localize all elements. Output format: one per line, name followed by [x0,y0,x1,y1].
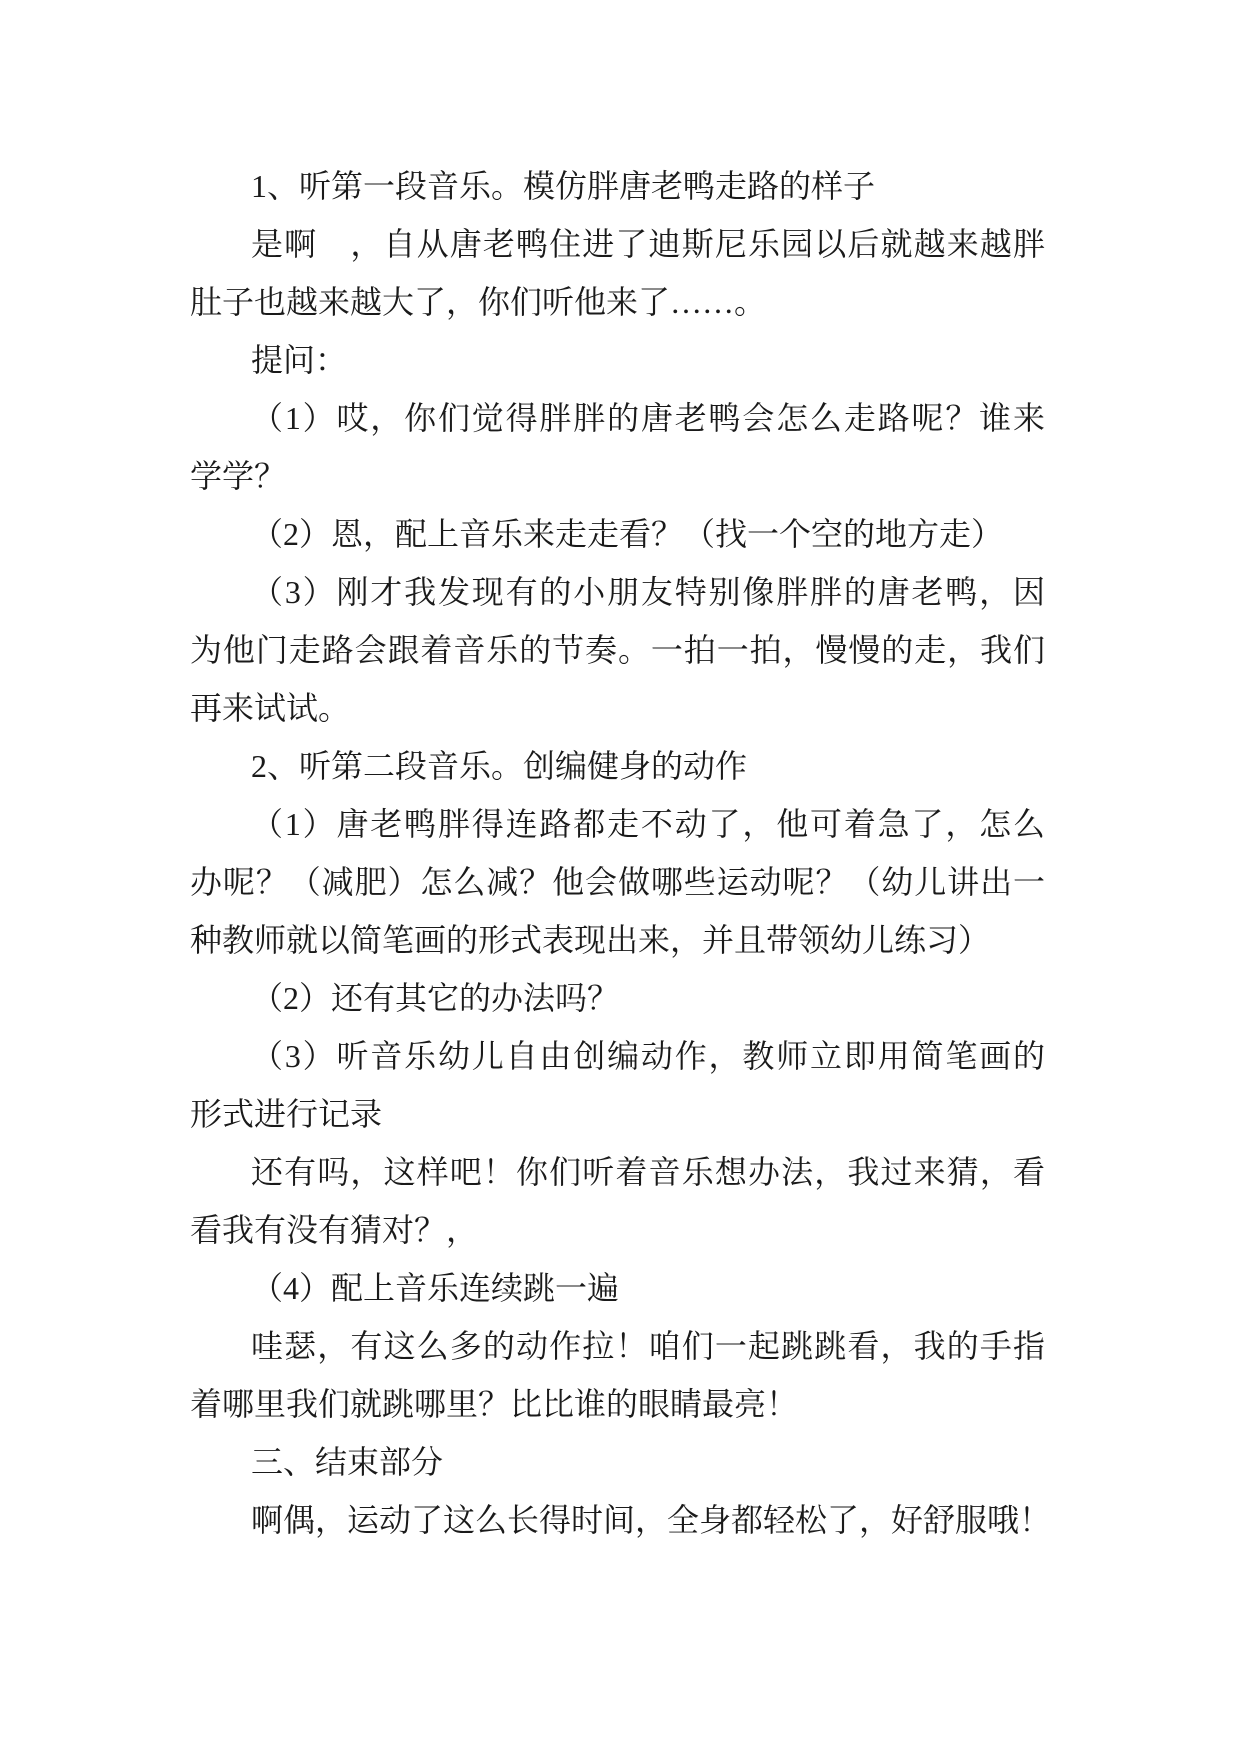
text-line: （3）听音乐幼儿自由创编动作，教师立即用简笔画的 [190,1027,1045,1085]
document-page: 1、听第一段音乐。模仿胖唐老鸭走路的样子是啊 ，自从唐老鸭住进了迪斯尼乐园以后就… [0,0,1241,1754]
text-line: 1、听第一段音乐。模仿胖唐老鸭走路的样子 [190,157,1045,215]
document-text: 1、听第一段音乐。模仿胖唐老鸭走路的样子是啊 ，自从唐老鸭住进了迪斯尼乐园以后就… [190,157,1045,1549]
text-line: 是啊 ，自从唐老鸭住进了迪斯尼乐园以后就越来越胖 [190,215,1045,273]
text-line: 办呢？（减肥）怎么减？他会做哪些运动呢？（幼儿讲出一 [190,853,1045,911]
text-line: 提问： [190,331,1045,389]
text-line: 为他门走路会跟着音乐的节奏。一拍一拍，慢慢的走，我们 [190,621,1045,679]
text-line: 还有吗，这样吧！你们听着音乐想办法，我过来猜，看 [190,1143,1045,1201]
text-line: （2）恩，配上音乐来走走看？（找一个空的地方走） [190,505,1045,563]
text-line: 2、听第二段音乐。创编健身的动作 [190,737,1045,795]
text-line: 啊偶，运动了这么长得时间，全身都轻松了，好舒服哦！ [190,1491,1045,1549]
text-line: 看我有没有猜对？， [190,1201,1045,1259]
text-line: 着哪里我们就跳哪里？比比谁的眼睛最亮！ [190,1375,1045,1433]
text-line: 种教师就以简笔画的形式表现出来，并且带领幼儿练习） [190,911,1045,969]
text-line: 再来试试。 [190,679,1045,737]
text-line: 学学？ [190,447,1045,505]
text-line: （4）配上音乐连续跳一遍 [190,1259,1045,1317]
text-line: 哇瑟，有这么多的动作拉！咱们一起跳跳看，我的手指 [190,1317,1045,1375]
text-line: （1）哎，你们觉得胖胖的唐老鸭会怎么走路呢？谁来 [190,389,1045,447]
text-line: （1）唐老鸭胖得连路都走不动了，他可着急了，怎么 [190,795,1045,853]
text-line: 肚子也越来越大了，你们听他来了……。 [190,273,1045,331]
text-line: 形式进行记录 [190,1085,1045,1143]
text-line: 三、结束部分 [190,1433,1045,1491]
text-line: （2）还有其它的办法吗？ [190,969,1045,1027]
text-line: （3）刚才我发现有的小朋友特别像胖胖的唐老鸭，因 [190,563,1045,621]
